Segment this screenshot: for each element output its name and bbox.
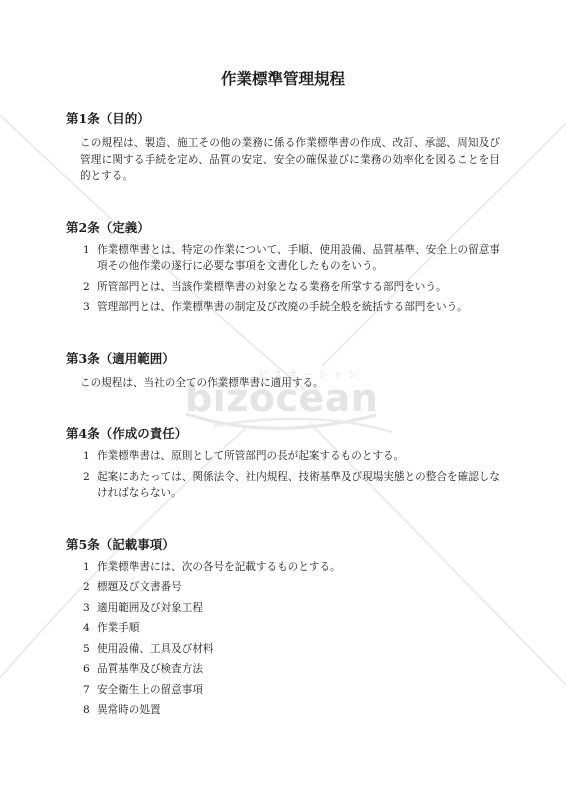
item-number: 5: [83, 641, 97, 658]
item-number: 2: [83, 469, 97, 502]
item-number: 8: [83, 702, 97, 719]
item-text: 所管部門とは、当該作業標準書の対象となる業務を所掌する部門をいう。: [97, 279, 500, 296]
item-number: 3: [83, 299, 97, 316]
article-3: 第3条（適用範囲） この規程は、当社の全ての作業標準書に適用する。: [66, 350, 500, 392]
item-text: 管理部門とは、作業標準書の制定及び改廃の手続全般を統括する部門をいう。: [97, 299, 500, 316]
item-text: 安全衛生上の留意事項: [97, 682, 500, 699]
item-number: 2: [83, 279, 97, 296]
article-item-list: 1 作業標準書は、原則として所管部門の長が起案するものとする。 2 起案にあたっ…: [66, 448, 500, 502]
item-text: 使用設備、工具及び材料: [97, 641, 500, 658]
document-page: { "page_title": "作業標準管理規程", "watermark":…: [0, 0, 566, 800]
article-2: 第2条（定義） 1 作業標準書とは、特定の作業について、手順、使用設備、品質基準…: [66, 219, 500, 316]
article-heading: 第1条（目的）: [66, 110, 500, 127]
item-text: 適用範囲及び対象工程: [97, 600, 500, 617]
list-item: 4 作業手順: [66, 620, 500, 637]
article-item-list: 1 作業標準書とは、特定の作業について、手順、使用設備、品質基準、安全上の留意事…: [66, 242, 500, 316]
item-text: 作業標準書とは、特定の作業について、手順、使用設備、品質基準、安全上の留意事項そ…: [97, 242, 500, 275]
item-number: 7: [83, 682, 97, 699]
item-number: 1: [83, 559, 97, 576]
article-4: 第4条（作成の責任） 1 作業標準書は、原則として所管部門の長が起案するものとす…: [66, 425, 500, 502]
item-number: 3: [83, 600, 97, 617]
article-heading: 第3条（適用範囲）: [66, 350, 500, 367]
item-text: 異常時の処置: [97, 702, 500, 719]
document-content: 作業標準管理規程 第1条（目的） この規程は、製造、施工その他の業務に係る作業標…: [66, 69, 500, 723]
item-text: 標題及び文書番号: [97, 579, 500, 596]
item-number: 4: [83, 620, 97, 637]
article-heading: 第4条（作成の責任）: [66, 425, 500, 442]
list-item: 2 標題及び文書番号: [66, 579, 500, 596]
item-number: 1: [83, 242, 97, 275]
list-item: 7 安全衛生上の留意事項: [66, 682, 500, 699]
article-5: 第5条（記載事項） 1 作業標準書には、次の各号を記載するものとする。 2 標題…: [66, 536, 500, 719]
article-paragraph: この規程は、製造、施工その他の業務に係る作業標準書の作成、改訂、承認、周知及び管…: [80, 135, 500, 185]
article-paragraph: この規程は、当社の全ての作業標準書に適用する。: [80, 375, 500, 392]
item-text: 品質基準及び検査方法: [97, 661, 500, 678]
article-1: 第1条（目的） この規程は、製造、施工その他の業務に係る作業標準書の作成、改訂、…: [66, 110, 500, 185]
list-item: 5 使用設備、工具及び材料: [66, 641, 500, 658]
list-item: 3 管理部門とは、作業標準書の制定及び改廃の手続全般を統括する部門をいう。: [66, 299, 500, 316]
list-item: 1 作業標準書には、次の各号を記載するものとする。: [66, 559, 500, 576]
item-number: 1: [83, 448, 97, 465]
list-item: 8 異常時の処置: [66, 702, 500, 719]
item-number: 2: [83, 579, 97, 596]
list-item: 6 品質基準及び検査方法: [66, 661, 500, 678]
article-item-list: 1 作業標準書には、次の各号を記載するものとする。 2 標題及び文書番号 3 適…: [66, 559, 500, 719]
page-title: 作業標準管理規程: [66, 69, 500, 89]
article-heading: 第2条（定義）: [66, 219, 500, 236]
item-text: 作業標準書は、原則として所管部門の長が起案するものとする。: [97, 448, 500, 465]
list-item: 1 作業標準書とは、特定の作業について、手順、使用設備、品質基準、安全上の留意事…: [66, 242, 500, 275]
list-item: 2 所管部門とは、当該作業標準書の対象となる業務を所掌する部門をいう。: [66, 279, 500, 296]
list-item: 1 作業標準書は、原則として所管部門の長が起案するものとする。: [66, 448, 500, 465]
item-number: 6: [83, 661, 97, 678]
item-text: 起案にあたっては、関係法令、社内規程、技術基準及び現場実態との整合を確認しなけれ…: [97, 469, 500, 502]
article-heading: 第5条（記載事項）: [66, 536, 500, 553]
item-text: 作業手順: [97, 620, 500, 637]
list-item: 3 適用範囲及び対象工程: [66, 600, 500, 617]
list-item: 2 起案にあたっては、関係法令、社内規程、技術基準及び現場実態との整合を確認しな…: [66, 469, 500, 502]
item-text: 作業標準書には、次の各号を記載するものとする。: [97, 559, 500, 576]
